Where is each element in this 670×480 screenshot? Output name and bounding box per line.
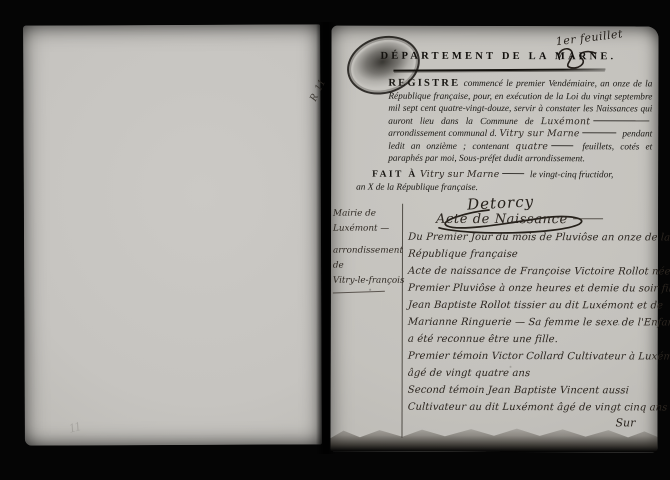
signature-name: Detorcy <box>467 192 535 213</box>
registre-lead-word: Registre <box>388 78 460 89</box>
fill-rule-line <box>503 173 525 174</box>
right-page: 1er feuillet DÉPARTEMENT DE LA MARNE. Re… <box>330 26 658 453</box>
birth-act: Acte de Naissance Du Premier Jour du moi… <box>408 212 657 420</box>
act-text-line: âgé de vingt quatre ans <box>407 368 656 386</box>
act-text-line: Du Premier Jour du mois de Pluviôse an o… <box>408 232 657 250</box>
left-page-faint-mark: 11 <box>67 418 83 436</box>
margin-underline-flourish <box>333 291 385 294</box>
margin-note-line: de <box>333 259 401 274</box>
act-text-line: Premier témoin Victor Collard Cultivateu… <box>407 351 656 369</box>
act-text-line: Premier Pluviôse à onze heures et demie … <box>407 283 656 301</box>
register-scan: 11 R 11 1er feuillet DÉPARTEMENT DE LA M… <box>0 0 670 480</box>
act-text-line: Second témoin Jean Baptiste Vincent auss… <box>407 385 656 403</box>
left-page: 11 <box>23 24 322 445</box>
fill-rule-line <box>551 145 573 146</box>
fait-date-printed: le vingt-cinq fructidor, <box>530 170 613 180</box>
fait-lead-word: Fait à <box>372 170 417 180</box>
fill-rule-line <box>583 132 617 133</box>
header-rule <box>393 68 605 72</box>
arrondissement-fill-handwritten: Vitry sur Marne <box>499 128 579 139</box>
act-body: Du Premier Jour du mois de Pluviôse an o… <box>408 232 656 420</box>
preamble-text-2: arrondissement communal d. <box>388 129 497 139</box>
department-header: DÉPARTEMENT DE LA MARNE. <box>380 51 642 63</box>
feuillets-count-fill-handwritten: quatre <box>515 141 548 152</box>
act-text-line: Marianne Ringuerie — Sa femme le sexe de… <box>407 317 656 335</box>
margin-notes: Mairie de Luxémont — arrondissement de V… <box>333 207 401 293</box>
margin-note-line: arrondissement <box>333 244 401 259</box>
margin-note-line: Vitry-le-françois <box>333 274 401 289</box>
printed-preamble: Registre commencé le premier Vendémiaire… <box>388 78 652 166</box>
fill-rule-line <box>593 120 649 121</box>
torn-page-edge <box>330 422 657 453</box>
fait-line: Fait à Vitry sur Marne le vingt-cinq fru… <box>356 168 642 183</box>
catchword: Sur <box>616 416 636 429</box>
margin-note-line: Luxémont — <box>333 222 401 237</box>
act-text-line: République française <box>407 249 656 267</box>
act-heading: Acte de Naissance <box>436 212 656 228</box>
margin-note-line: Mairie de <box>333 207 401 222</box>
act-text-line: Jean Baptiste Rollot tissier au dit Luxé… <box>407 300 656 318</box>
act-text-line: a été reconnue être une fille. <box>407 334 656 352</box>
commune-fill-handwritten: Luxémont <box>541 116 590 127</box>
act-text-line: Acte de naissance de Françoise Victoire … <box>407 266 656 284</box>
margin-rule <box>401 204 403 438</box>
fait-place-handwritten: Vitry sur Marne <box>420 169 500 180</box>
